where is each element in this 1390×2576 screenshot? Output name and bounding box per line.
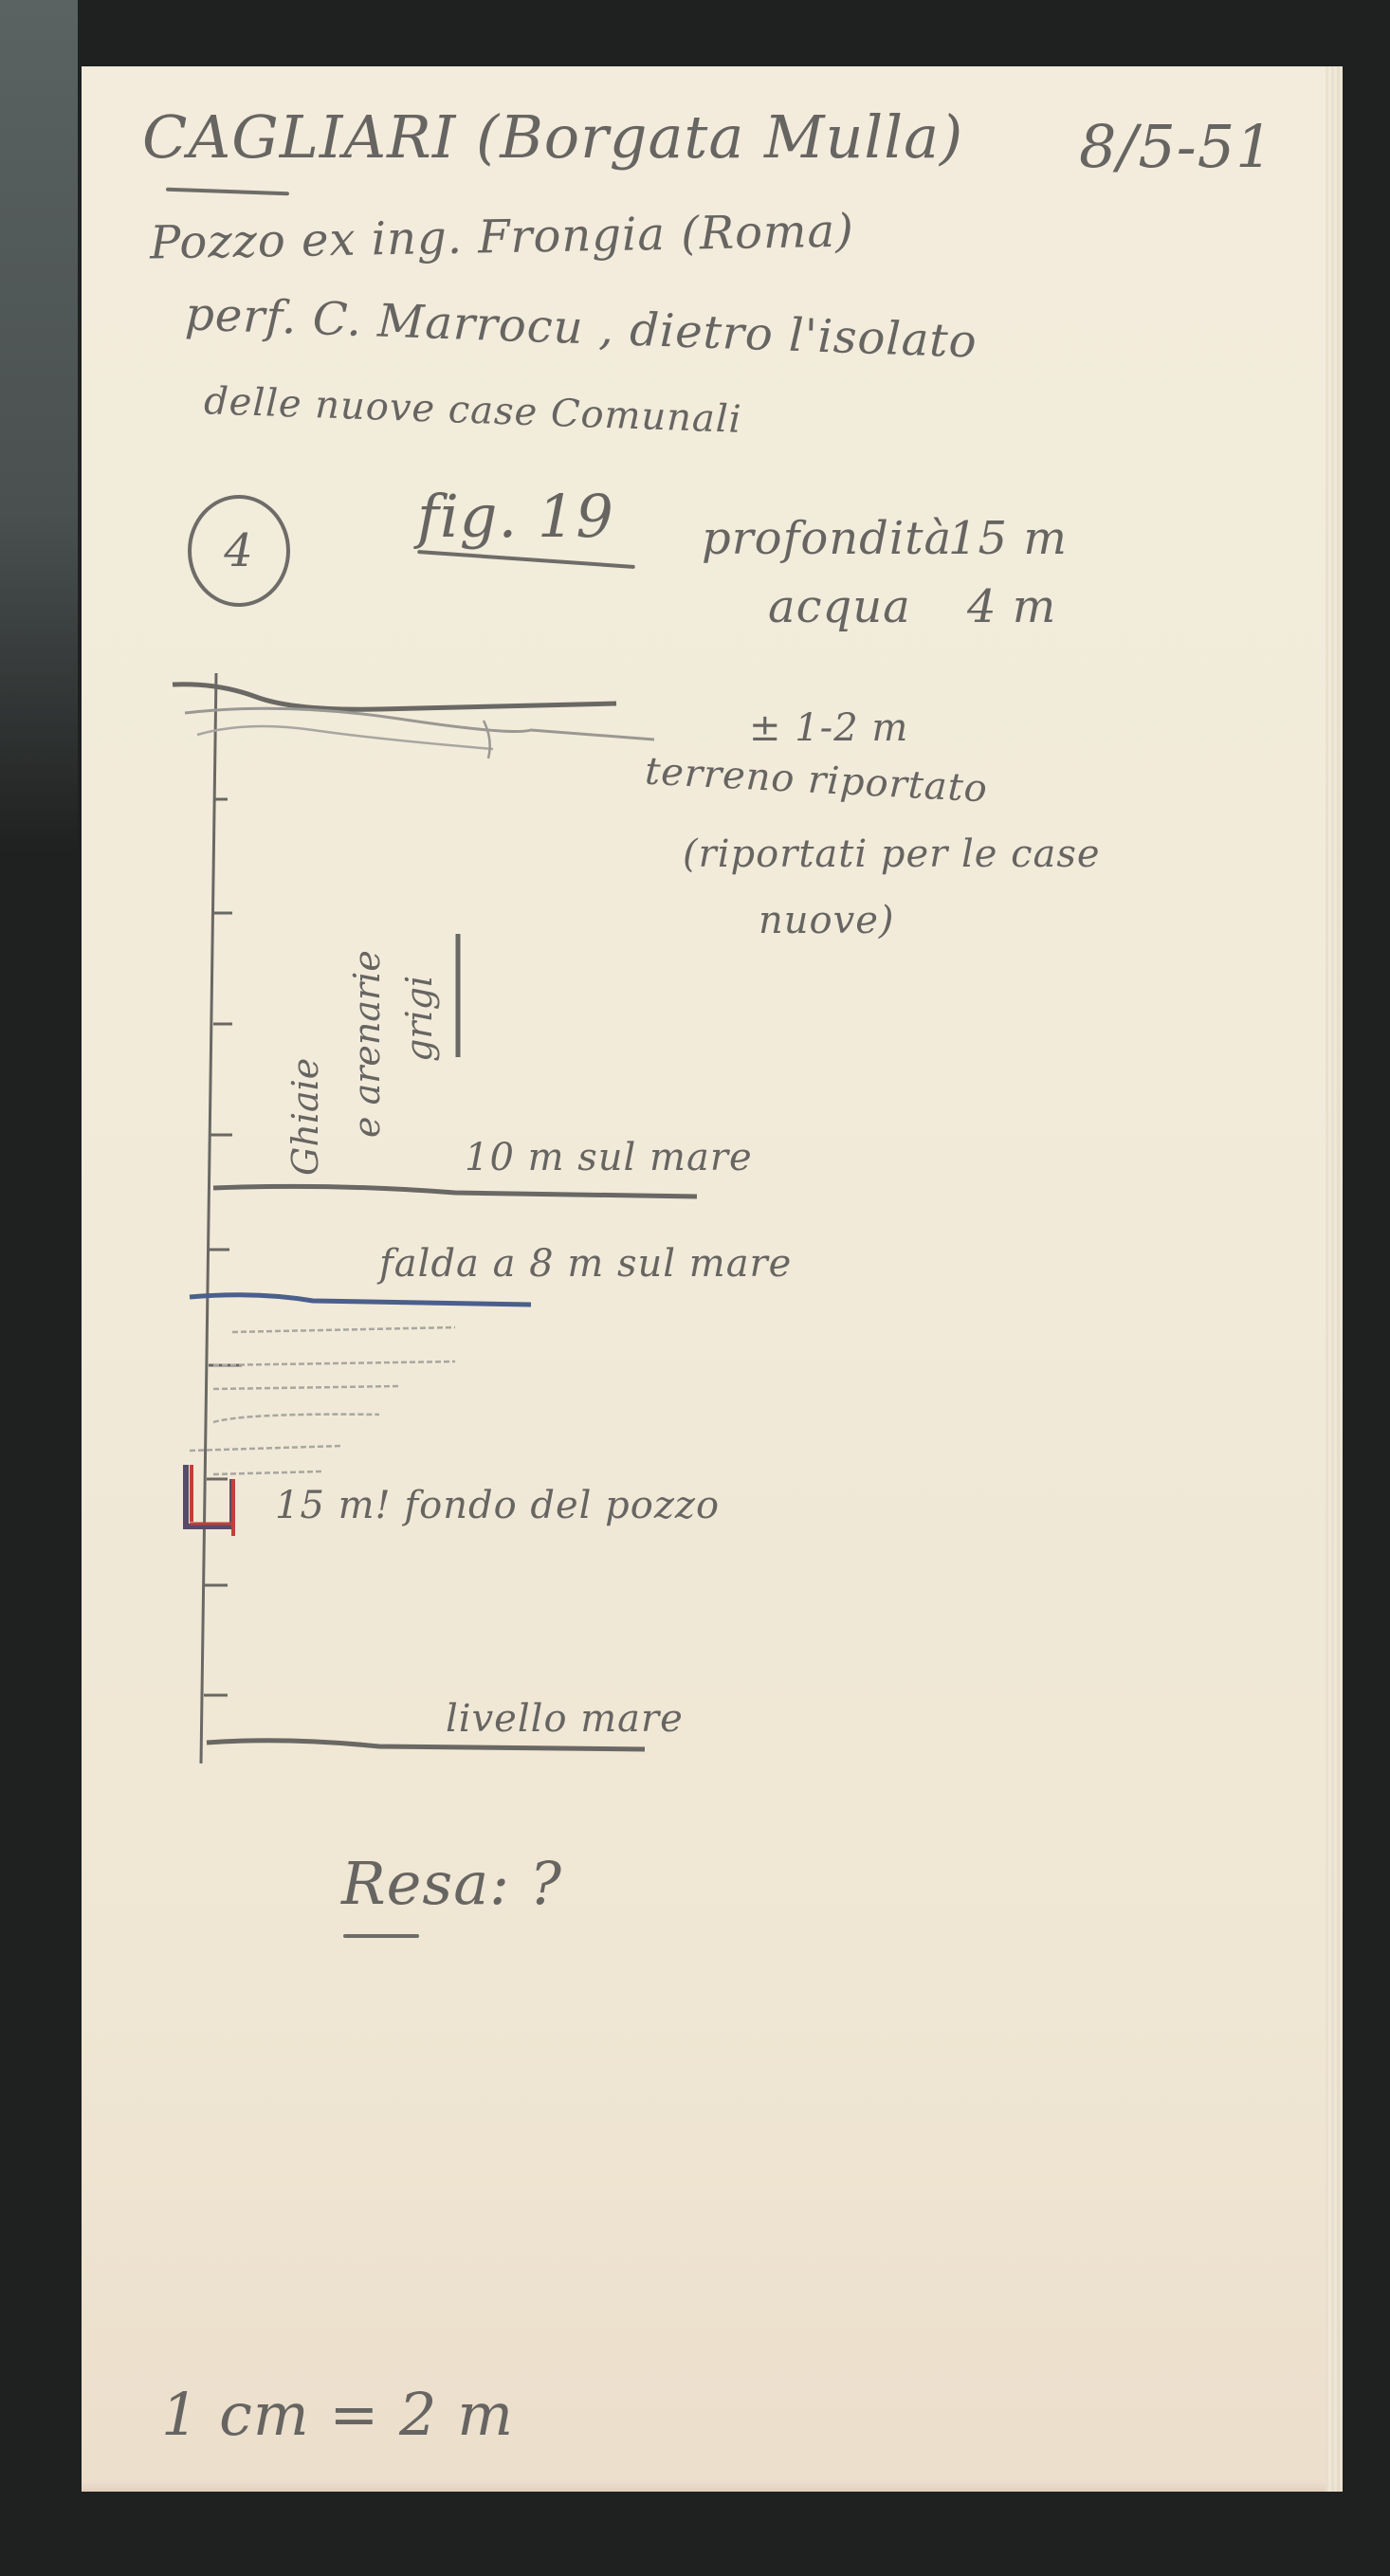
sea-level-label: livello mare (446, 1697, 684, 1741)
well-log-diagram (0, 0, 1390, 2576)
well-bottom-label: 15 m! fondo del pozzo (275, 1484, 720, 1527)
vertical-label-grey: grigi (398, 976, 440, 1062)
water-table-line (190, 1295, 531, 1305)
ground-surface-line (173, 685, 616, 709)
line-10m (213, 1186, 697, 1197)
depth-axis (201, 673, 216, 1763)
sea-level-line (207, 1741, 645, 1749)
vertical-label-sandstone: e arenarie (346, 950, 388, 1138)
yield-underline (343, 1934, 419, 1938)
top-layer-note: (riportati per le case (683, 832, 1101, 876)
vertical-label-gravel: Ghiaie (284, 1058, 326, 1176)
top-layer-range: ± 1-2 m (749, 706, 908, 750)
scale-note: 1 cm = 2 m (161, 2380, 514, 2449)
top-layer-note-2: nuove) (759, 899, 894, 942)
yield-question: Resa: ? (341, 1849, 562, 1918)
level-10m-label: 10 m sul mare (465, 1136, 753, 1179)
strata-lines (190, 1327, 455, 1474)
water-table-label: falda a 8 m sul mare (379, 1242, 792, 1286)
